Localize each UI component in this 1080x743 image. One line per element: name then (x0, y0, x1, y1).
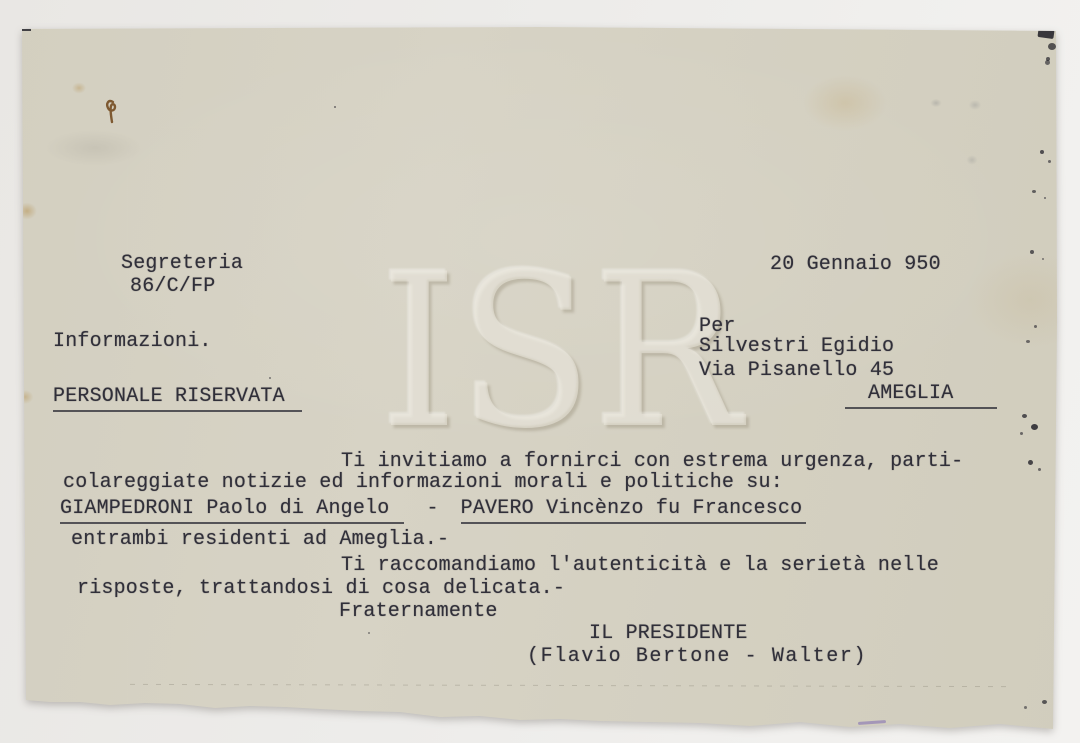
recipient-city-line: AMEGLIA (845, 382, 997, 409)
classification-text: PERSONALE RISERVATA (53, 385, 302, 412)
ink-smudge (1048, 43, 1056, 50)
ink-speck (1040, 150, 1044, 154)
subjects-separator: - (426, 497, 438, 521)
body-line-4: entrambi residenti ad Ameglia.- (71, 528, 449, 552)
ink-speck (1044, 197, 1046, 199)
ink-smudge (1037, 28, 1054, 39)
ink-speck (1038, 468, 1041, 471)
ink-speck (1031, 424, 1038, 430)
recipient-city: AMEGLIA (845, 382, 997, 409)
ink-speck (1030, 250, 1034, 254)
ink-speck (269, 377, 271, 379)
ink-speck (1032, 190, 1036, 193)
body-line-2: colareggiate notizie ed informazioni mor… (63, 471, 783, 495)
ink-speck (334, 106, 336, 108)
ink-speck (1048, 160, 1051, 163)
date-line: 20 Gennaio 950 (770, 253, 941, 277)
ink-speck (1020, 432, 1023, 435)
ink-speck (1042, 258, 1044, 260)
closing-line: Fraternamente (339, 600, 498, 624)
isr-watermark: ISR (380, 246, 741, 458)
ink-speck (1034, 325, 1037, 328)
sender-office: Segreteria (121, 252, 243, 276)
classification-line: PERSONALE RISERVATA (53, 385, 302, 412)
subject-name-1: GIAMPEDRONI Paolo di Angelo (60, 497, 404, 524)
ink-speck (1024, 706, 1027, 709)
ink-speck (1042, 700, 1047, 704)
subjects-line: GIAMPEDRONI Paolo di Angelo-PAVERO Vincè… (60, 497, 806, 524)
protocol-number: 86/C/FP (130, 275, 215, 299)
signature-title: IL PRESIDENTE (589, 622, 748, 646)
ink-speck (1046, 57, 1050, 61)
ink-smudge (22, 27, 31, 31)
letter-paper: ISR Segreteria 86/C/FP 20 Gennaio 950 In… (0, 0, 1080, 743)
body-line-6: risposte, trattandosi di cosa delicata.- (77, 577, 565, 601)
handwritten-mark (104, 98, 122, 128)
scan-background: ISR Segreteria 86/C/FP 20 Gennaio 950 In… (0, 0, 1080, 743)
recipient-street: Via Pisanello 45 (699, 359, 894, 383)
body-line-5: Ti raccomandiamo l'autenticità e la seri… (341, 554, 939, 578)
signature-name: (Flavio Bertone - Walter) (527, 645, 867, 669)
subject-name-2: PAVERO Vincènzo fu Francesco (461, 497, 807, 524)
recipient-name: Silvestri Egidio (699, 335, 894, 359)
ink-speck (1026, 340, 1030, 343)
ink-speck (1022, 414, 1027, 418)
paper-shadow-wrap: ISR Segreteria 86/C/FP 20 Gennaio 950 In… (0, 0, 1080, 743)
ink-speck (1028, 460, 1033, 465)
ink-speck (368, 632, 370, 634)
pencil-crease (130, 684, 1010, 687)
subject-label: Informazioni. (53, 330, 212, 354)
violet-pen-mark (858, 720, 886, 725)
